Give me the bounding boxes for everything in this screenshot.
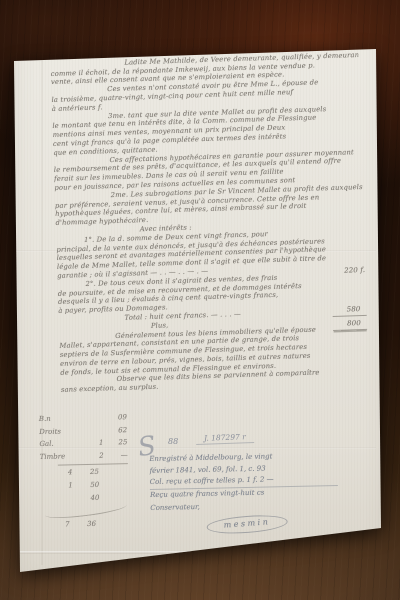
fee-cents: 25 bbox=[103, 436, 127, 449]
fold-crease-bottom bbox=[20, 551, 376, 554]
margin-amount-item1: 220 f. bbox=[344, 266, 365, 275]
photo-background: 2nd. Inscriptions hypothécaires légale. … bbox=[0, 0, 400, 600]
fee-cents: 62 bbox=[103, 424, 127, 437]
fee-label: B.n bbox=[39, 412, 83, 426]
fee-cents: — bbox=[104, 449, 128, 462]
fee-cents: 36 bbox=[87, 518, 111, 531]
fee-francs bbox=[83, 412, 103, 425]
fee-row: Timbre 2 — bbox=[40, 449, 136, 464]
fee-tally-column: B.n 09 Droits 62 Gal. 1 25 Timbre 2 bbox=[39, 411, 137, 532]
paper-sheet: 2nd. Inscriptions hypothécaires légale. … bbox=[0, 0, 400, 600]
fee-label: Timbre bbox=[40, 450, 84, 464]
page-mark: 88 bbox=[168, 437, 178, 446]
fee-label: Gal. bbox=[39, 437, 83, 451]
fee-francs bbox=[83, 424, 103, 437]
conservator-line: Conservateur, bbox=[150, 499, 338, 515]
margin-amount-total: 800 bbox=[333, 319, 367, 331]
fee-cents: 50 bbox=[90, 478, 114, 491]
fee-francs: 7 bbox=[65, 518, 87, 531]
fee-francs bbox=[68, 492, 90, 505]
fee-cents: 25 bbox=[90, 466, 114, 479]
signature-flourish: mesmin bbox=[206, 513, 288, 535]
fee-label: Droits bbox=[39, 425, 83, 439]
docket-number: J. 187297 r bbox=[196, 432, 254, 445]
margin-amount-subtotal: 580 bbox=[333, 305, 367, 317]
fee-cents: 09 bbox=[103, 411, 127, 424]
fee-francs: 2 bbox=[84, 449, 104, 462]
fee-francs: 1 bbox=[68, 479, 90, 492]
registration-block: Enregistré à Middelbourg, le vingt févri… bbox=[149, 450, 339, 534]
fee-total-row: 7 36 bbox=[41, 517, 137, 532]
paper-shadow: 2nd. Inscriptions hypothécaires légale. … bbox=[0, 0, 400, 600]
fee-francs: 4 bbox=[68, 466, 90, 479]
manuscript-content: 2nd. Inscriptions hypothécaires légale. … bbox=[50, 42, 369, 395]
fee-francs: 1 bbox=[83, 437, 103, 450]
